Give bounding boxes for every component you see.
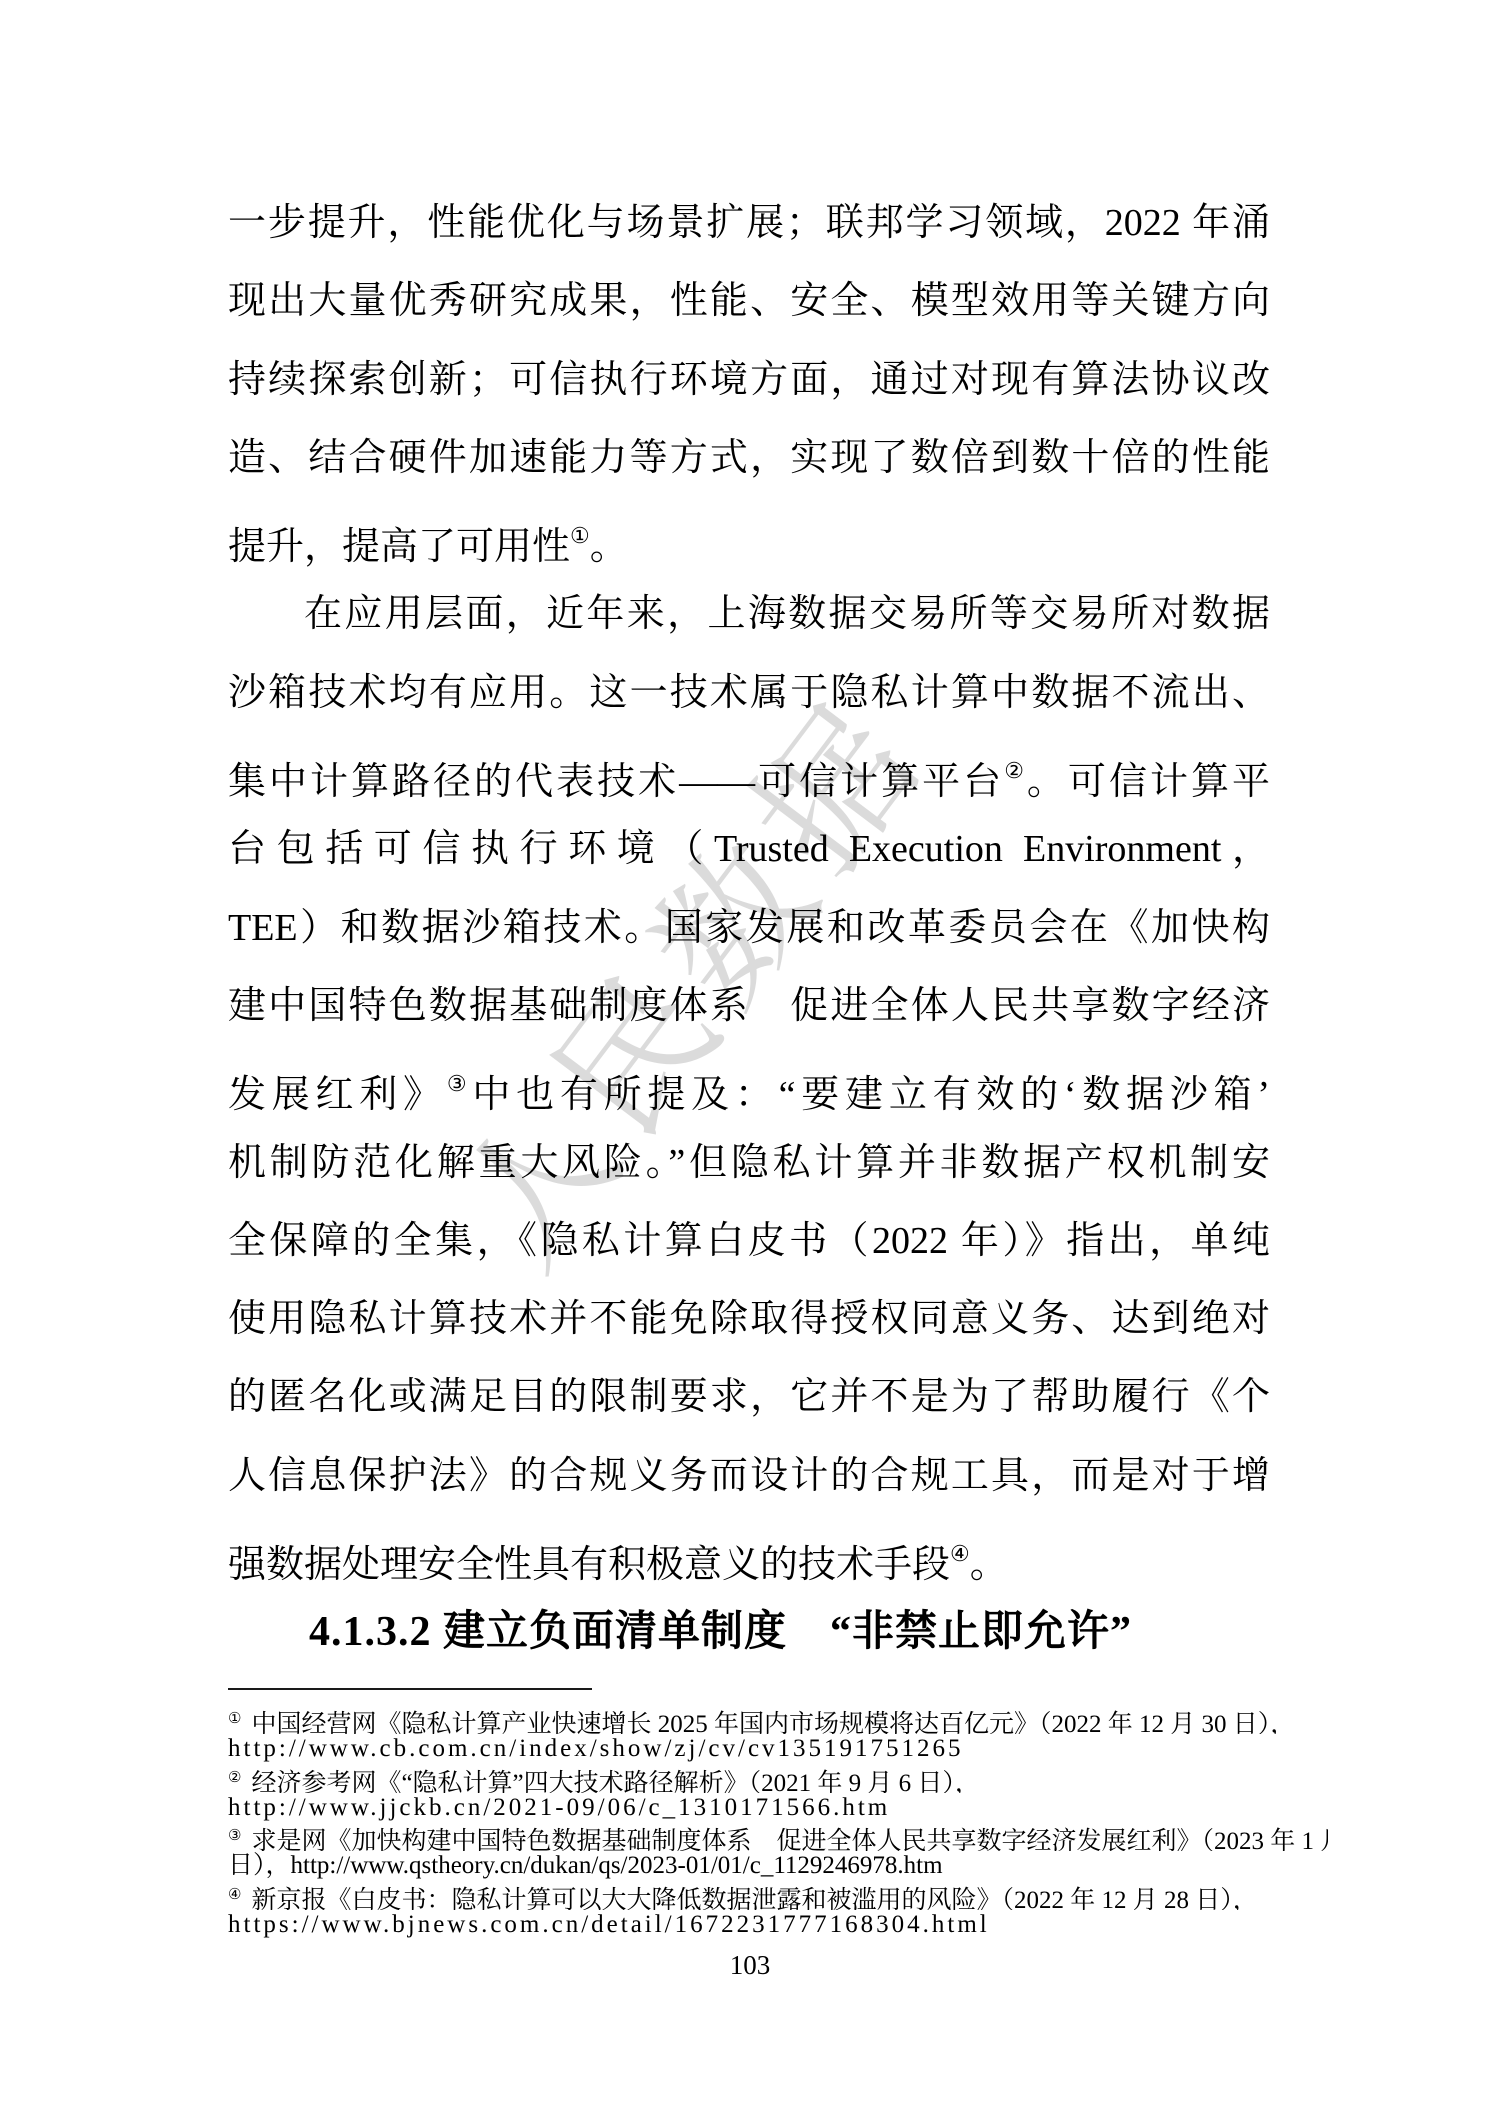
body-line-text: 持续探索创新；可信执行环境方面，通过对现有算法协议改 — [228, 359, 1270, 401]
body-line-text: 。 — [590, 526, 628, 568]
body-line-text: 建中国特色数据基础制度体系 促进全体人民共享数字经济 — [228, 985, 1270, 1027]
footnote-marker-1: ① — [228, 1711, 251, 1727]
footnote-url: http://www.jjckb.cn/2021-09/06/c_1310171… — [228, 1794, 890, 1821]
footnote-ref-1: ① — [570, 523, 590, 548]
body-line: 造、结合硬件加速能力等方式，实现了数倍到数十倍的性能 — [228, 419, 1270, 497]
body-line-text: 提升，提高了可用性 — [228, 526, 570, 568]
body-line-text: 沙箱技术均有应用。这一技术属于隐私计算中数据不流出、 — [228, 672, 1270, 714]
body-line-text: 的匿名化或满足目的限制要求，它并不是为了帮助履行《个 — [228, 1376, 1270, 1418]
footnote-text: 中国经营网《隐私计算产业快速增长 2025 年国内市场规模将达百亿元》（2022… — [251, 1711, 1295, 1734]
body-line: 在应用层面，近年来，上海数据交易所等交易所对数据 — [228, 575, 1270, 653]
body-line: 强数据处理安全性具有积极意义的技术手段④。 — [228, 1515, 1270, 1593]
body-line-text: 造、结合硬件加速能力等方式，实现了数倍到数十倍的性能 — [228, 437, 1270, 479]
footnote-text: 新京报《白皮书：隐私计算可以大大降低数据泄露和被滥用的风险》（2022 年 12… — [251, 1887, 1257, 1910]
body-line-text: TEE）和数据沙箱技术。国家发展和改革委员会在《加快构 — [228, 907, 1270, 949]
body-line: 集中计算路径的代表技术——可信计算平台②。可信计算平 — [228, 732, 1270, 810]
body-line: 人信息保护法》的合规义务而设计的合规工具，而是对于增 — [228, 1437, 1270, 1515]
footnote-marker-2: ② — [228, 1770, 251, 1786]
body-line-text: 全保障的全集，《隐私计算白皮书（2022 年）》指出，单纯 — [228, 1220, 1270, 1262]
body-line: 发展红利》③中也有所提及：“要建立有效的‘数据沙箱’ — [228, 1045, 1270, 1123]
body-line: 提升，提高了可用性①。 — [228, 497, 1270, 575]
body-line: 一步提升，性能优化与场景扩展；联邦学习领域，2022 年涌 — [228, 184, 1270, 262]
footnote-text: 求是网《加快构建中国特色数据基础制度体系 促进全体人民共享数字经济发展红利》（2… — [251, 1828, 1328, 1851]
body-line: 全保障的全集，《隐私计算白皮书（2022 年）》指出，单纯 — [228, 1202, 1270, 1280]
footnote-ref-3: ③ — [447, 1071, 473, 1096]
footnote-marker-3: ③ — [228, 1828, 251, 1844]
footnote-url: http://www.cb.com.cn/index/show/zj/cv/cv… — [228, 1735, 964, 1762]
body-line-text: 一步提升，性能优化与场景扩展；联邦学习领域，2022 年涌 — [228, 202, 1270, 244]
footnote-line: ①中国经营网《隐私计算产业快速增长 2025 年国内市场规模将达百亿元》（202… — [228, 1705, 1328, 1734]
body-line: 机制防范化解重大风险。”但隐私计算并非数据产权机制安 — [228, 1124, 1270, 1202]
body-line-text: 在应用层面，近年来，上海数据交易所等交易所对数据 — [304, 593, 1270, 635]
footnote-line: https://www.bjnews.com.cn/detail/1672231… — [228, 1910, 1328, 1939]
footnote-text: 经济参考网《“隐私计算”四大技术路径解析》（2021 年 9 月 6 日）， — [251, 1770, 979, 1793]
body-line-text: 。可信计算平 — [1027, 761, 1270, 803]
footnote-separator — [228, 1688, 592, 1690]
page-number: 103 — [0, 1950, 1500, 1981]
body-line: 持续探索创新；可信执行环境方面，通过对现有算法协议改 — [228, 341, 1270, 419]
footnote-ref-2: ② — [1004, 758, 1027, 783]
body-line-text: 。 — [970, 1544, 1008, 1586]
body-line: 沙箱技术均有应用。这一技术属于隐私计算中数据不流出、 — [228, 654, 1270, 732]
body-line-text: 人信息保护法》的合规义务而设计的合规工具，而是对于增 — [228, 1455, 1270, 1497]
body-line-text: 现出大量优秀研究成果，性能、安全、模型效用等关键方向 — [228, 280, 1270, 322]
body-line: 台包括可信执行环境（Trusted Execution Environment， — [228, 810, 1270, 888]
body-line-text: 集中计算路径的代表技术——可信计算平台 — [228, 761, 1004, 803]
body-line-text: 发展红利》 — [228, 1074, 447, 1116]
footnote-line: 日），http://www.qstheory.cn/dukan/qs/2023-… — [228, 1851, 1328, 1880]
footnote-url: https://www.bjnews.com.cn/detail/1672231… — [228, 1911, 990, 1938]
body-line-text: 使用隐私计算技术并不能免除取得授权同意义务、达到绝对 — [228, 1298, 1270, 1340]
footnotes: ①中国经营网《隐私计算产业快速增长 2025 年国内市场规模将达百亿元》（202… — [228, 1705, 1328, 1939]
body-line-text: 台包括可信执行环境（Trusted Execution Environment， — [228, 828, 1270, 870]
body-line: TEE）和数据沙箱技术。国家发展和改革委员会在《加快构 — [228, 889, 1270, 967]
document-page: 人民数据 一步提升，性能优化与场景扩展；联邦学习领域，2022 年涌 现出大量优… — [0, 0, 1500, 2121]
body-line: 使用隐私计算技术并不能免除取得授权同意义务、达到绝对 — [228, 1280, 1270, 1358]
body-line-text: 中也有所提及：“要建立有效的‘数据沙箱’ — [472, 1074, 1270, 1116]
section-heading: 4.1.3.2 建立负面清单制度 “非禁止即允许” — [309, 1593, 1132, 1671]
body-line: 现出大量优秀研究成果，性能、安全、模型效用等关键方向 — [228, 262, 1270, 340]
footnote-line: http://www.cb.com.cn/index/show/zj/cv/cv… — [228, 1734, 1328, 1763]
body-line: 的匿名化或满足目的限制要求，它并不是为了帮助履行《个 — [228, 1358, 1270, 1436]
footnote-text: 日），http://www.qstheory.cn/dukan/qs/2023-… — [228, 1852, 943, 1879]
body-line-text: 强数据处理安全性具有积极意义的技术手段 — [228, 1544, 950, 1586]
footnote-line: http://www.jjckb.cn/2021-09/06/c_1310171… — [228, 1793, 1328, 1822]
body-line-text: 机制防范化解重大风险。”但隐私计算并非数据产权机制安 — [228, 1142, 1270, 1184]
footnote-ref-4: ④ — [950, 1541, 970, 1566]
footnote-line: ②经济参考网《“隐私计算”四大技术路径解析》（2021 年 9 月 6 日）， — [228, 1764, 1328, 1793]
footnote-line: ④新京报《白皮书：隐私计算可以大大降低数据泄露和被滥用的风险》（2022 年 1… — [228, 1881, 1328, 1910]
body-text: 一步提升，性能优化与场景扩展；联邦学习领域，2022 年涌 现出大量优秀研究成果… — [228, 184, 1270, 1593]
footnote-line: ③求是网《加快构建中国特色数据基础制度体系 促进全体人民共享数字经济发展红利》（… — [228, 1822, 1328, 1851]
body-line: 建中国特色数据基础制度体系 促进全体人民共享数字经济 — [228, 967, 1270, 1045]
footnote-marker-4: ④ — [228, 1887, 251, 1903]
